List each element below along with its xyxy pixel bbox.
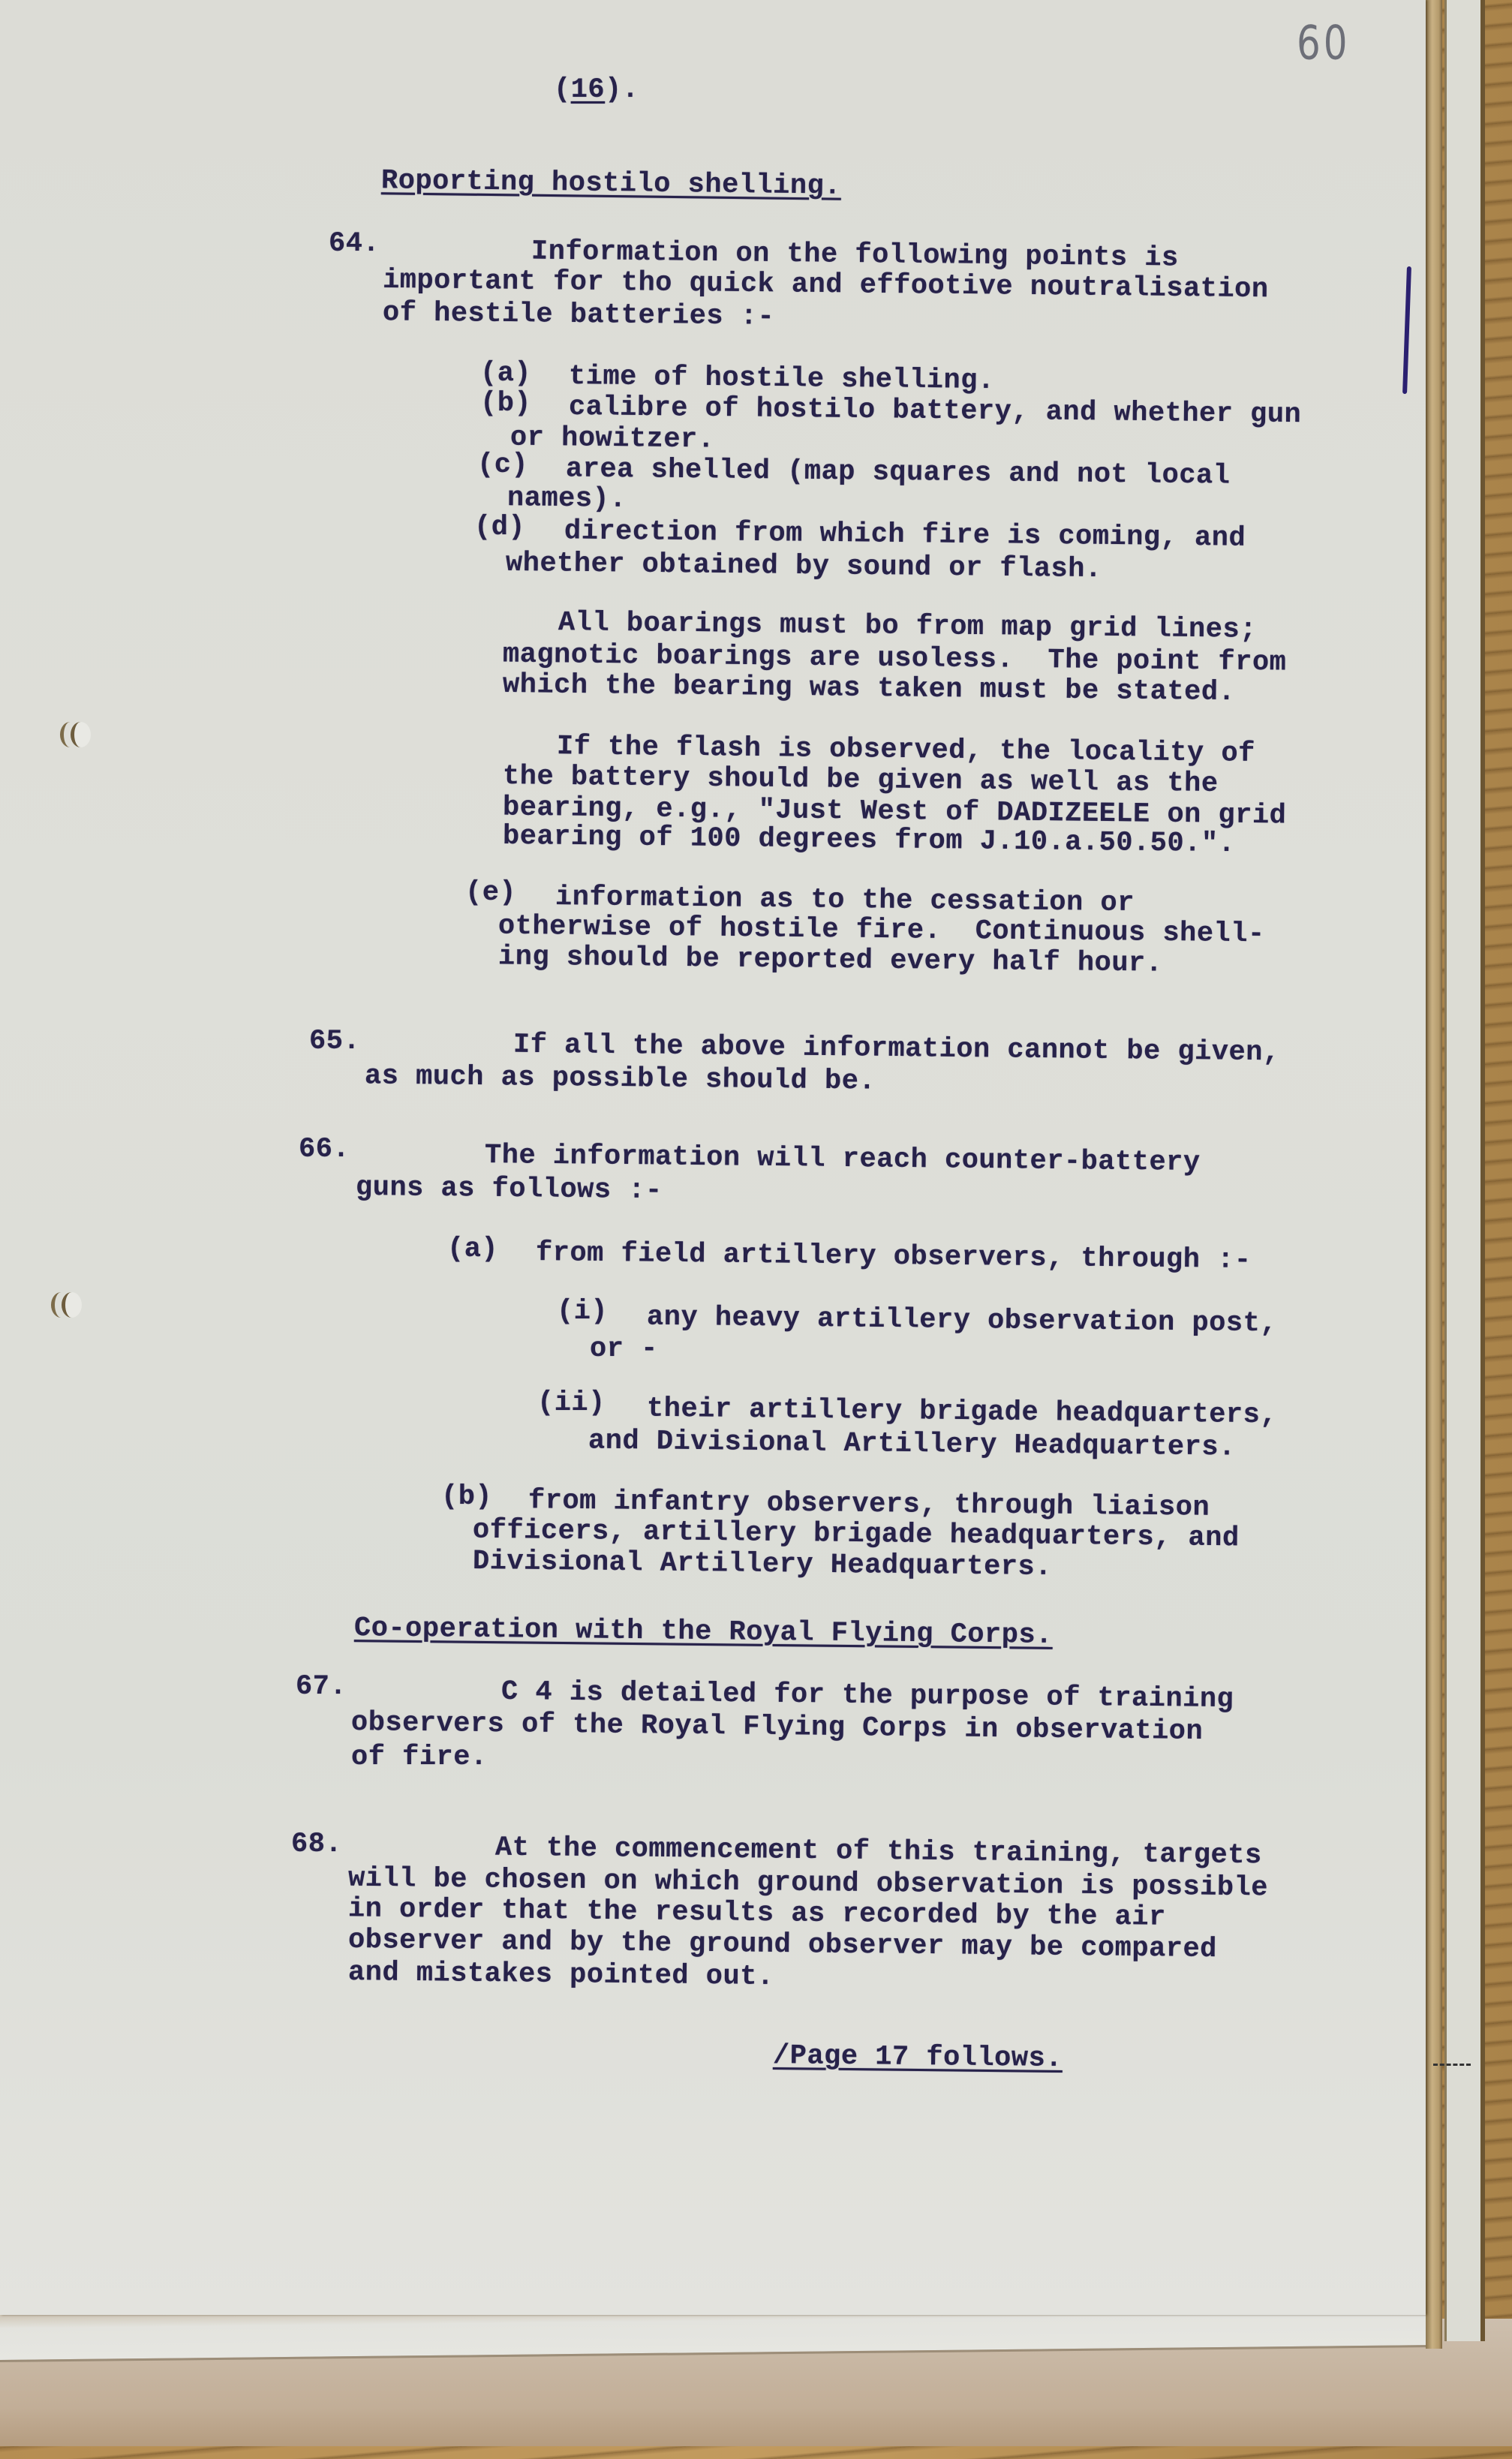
list-label: (i) <box>557 1297 608 1327</box>
list-label: (ii) <box>537 1388 606 1418</box>
paragraph-line: If all the above information cannot be g… <box>513 1030 1280 1069</box>
list-item: any heavy artillery observation post, <box>647 1303 1277 1339</box>
paragraph-number: 66. <box>299 1135 350 1165</box>
list-item: ing should be reported every half hour. <box>498 942 1163 978</box>
list-item: Divisional Artillery Headquarters. <box>473 1547 1052 1583</box>
list-label: (b) <box>480 389 531 419</box>
list-item: from field artillery observers, through … <box>536 1238 1252 1276</box>
page-number: (16). <box>554 75 639 105</box>
paragraph-line: The information will reach counter-batte… <box>485 1141 1201 1178</box>
back-sheet-edge <box>1444 0 1485 2341</box>
typewritten-page: 60 (16). Roporting hostilo shelling. 64.… <box>0 0 1426 2315</box>
section-heading: Co-operation with the Royal Flying Corps… <box>354 1613 1053 1651</box>
note-line: All boarings must bo from map grid lines… <box>558 608 1257 645</box>
paragraph-number: 68. <box>291 1829 342 1859</box>
edge-dash-mark <box>1433 2064 1471 2066</box>
list-label: (a) <box>480 359 531 389</box>
page-follows-note: /Page 17 follows. <box>773 2041 1063 2074</box>
paragraph-line: guns as follows :- <box>356 1173 663 1206</box>
paragraph-line: of hestile batteries :- <box>383 298 775 332</box>
punch-hole-icon <box>51 1291 77 1319</box>
list-item: or - <box>590 1334 658 1364</box>
paragraph-number: 65. <box>309 1027 360 1057</box>
note-line: which the bearing was taken must be stat… <box>503 670 1236 708</box>
list-item: and Divisional Artillery Headquarters. <box>588 1426 1236 1462</box>
list-item: direction from which fire is coming, and <box>564 516 1246 554</box>
paragraph-line: of fire. <box>351 1742 488 1772</box>
paragraph-line: as much as possible should be. <box>365 1061 876 1096</box>
list-item: or howitzer. <box>510 423 715 455</box>
list-item: area shelled (map squares and not local <box>566 454 1231 491</box>
paragraph-line: C 4 is detailed for the purpose of train… <box>501 1677 1234 1715</box>
list-item: their artillery brigade headquarters, <box>647 1394 1277 1431</box>
list-item: names). <box>507 483 627 515</box>
list-item: time of hostile shelling. <box>569 362 995 396</box>
note-line: bearing of 100 degrees from J.10.a.50.50… <box>503 822 1236 859</box>
list-label: (b) <box>441 1482 492 1512</box>
paragraph-number: 64. <box>329 229 380 259</box>
paragraph-number: 67. <box>296 1672 347 1702</box>
list-label: (a) <box>447 1234 498 1264</box>
pencil-folio-number: 60 <box>1297 16 1351 71</box>
list-label: (e) <box>465 878 516 908</box>
paragraph-line: and mistakes pointed out. <box>348 1958 774 1992</box>
margin-ink-mark <box>1402 266 1411 394</box>
list-label: (d) <box>474 513 525 543</box>
list-item: whether obtained by sound or flash. <box>506 549 1102 585</box>
binding-strip <box>1426 0 1442 2349</box>
list-label: (c) <box>477 450 528 480</box>
section-heading: Roporting hostilo shelling. <box>381 166 841 201</box>
punch-hole-icon <box>60 720 86 749</box>
